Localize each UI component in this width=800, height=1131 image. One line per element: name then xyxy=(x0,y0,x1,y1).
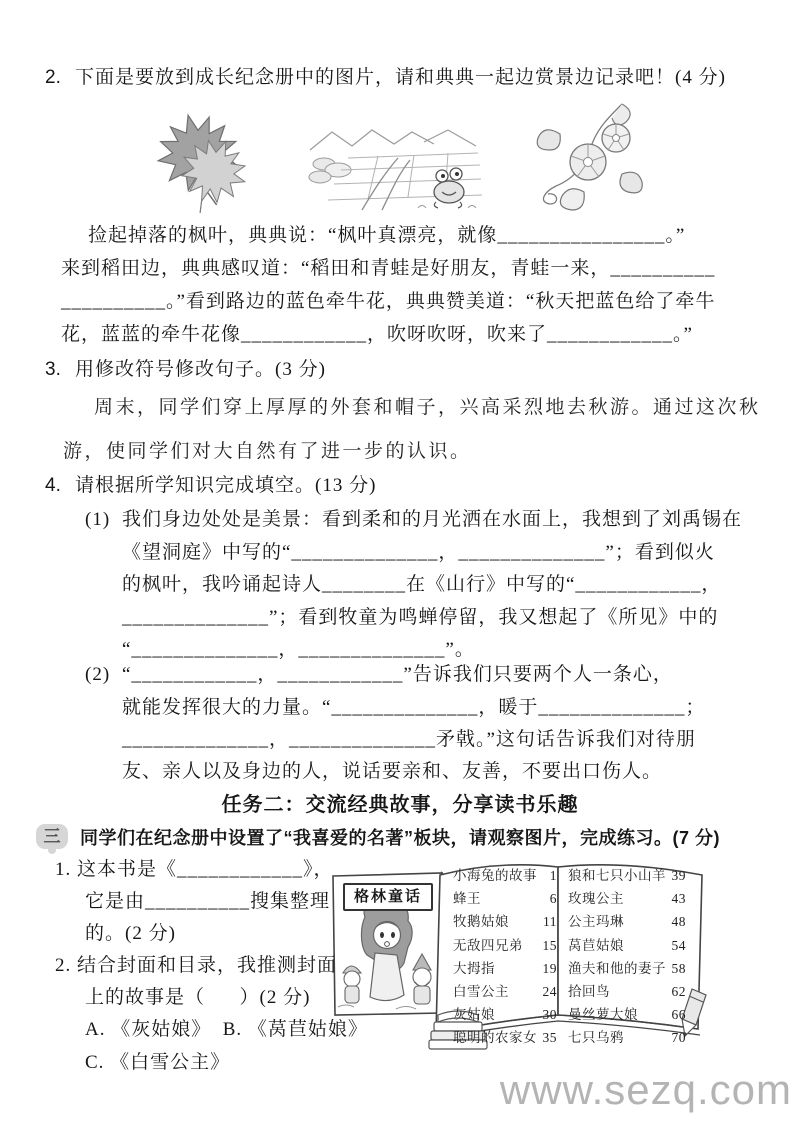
toc-page: 24 xyxy=(543,985,558,999)
q4-sub1-line: 《望洞庭》中写的“______________，______________”；… xyxy=(122,543,715,562)
toc-title: 拾回鸟 xyxy=(568,985,610,999)
q2-paragraph-line: 捡起掉落的枫叶，典典说：“枫叶真漂亮，就像________________。” xyxy=(88,226,685,245)
toc-row: 大拇指19 xyxy=(453,962,557,976)
toc-row: 灰姑娘30 xyxy=(453,1008,557,1022)
q4-sub2-line: “____________，____________”告诉我们只要两个人一条心， xyxy=(122,665,673,684)
q3-number: 3. xyxy=(45,360,61,379)
q4-sub1-line: 我们身边处处是美景：看到柔和的月光洒在水面上，我想到了刘禹锡在 xyxy=(122,510,742,529)
toc-page: 6 xyxy=(550,892,557,906)
toc-row: 白雪公主24 xyxy=(453,985,557,999)
toc-page: 54 xyxy=(672,939,687,953)
q4-title: 请根据所学知识完成填空。(13 分) xyxy=(75,476,376,495)
toc-page: 11 xyxy=(543,915,557,929)
toc-page: 66 xyxy=(672,1008,687,1022)
toc-row: 狼和七只小山羊39 xyxy=(568,869,686,883)
toc-page: 15 xyxy=(543,939,558,953)
toc-row: 玫瑰公主43 xyxy=(568,892,686,906)
q4-sub1-line: ______________”；看到牧童为鸣蝉停留，我又想起了《所见》中的 xyxy=(122,608,718,627)
toc-title: 聪明的农家女 xyxy=(453,1031,537,1045)
toc-title: 狼和七只小山羊 xyxy=(568,869,666,883)
question-three-badge: 三 xyxy=(36,824,68,849)
task2-intro: 同学们在纪念册中设置了“我喜爱的名著”板块，请观察图片，完成练习。(7 分) xyxy=(80,824,720,850)
toc-row: 拾回鸟62 xyxy=(568,985,686,999)
toc-page: 1 xyxy=(550,869,557,883)
toc-page: 48 xyxy=(672,915,687,929)
toc-page: 58 xyxy=(672,962,687,976)
toc-row: 牧鹅姑娘11 xyxy=(453,915,557,929)
toc-row: 七只乌鸦70 xyxy=(568,1031,686,1045)
toc-row: 曼丝萝大娘66 xyxy=(568,1008,686,1022)
q4-number: 4. xyxy=(45,476,61,495)
q3-sentence-line: 周末，同学们穿上厚厚的外套和帽子，兴高采烈地去秋游。通过这次秋 xyxy=(94,398,761,417)
toc-title: 小海兔的故事 xyxy=(453,869,537,883)
toc-title: 牧鹅姑娘 xyxy=(453,915,509,929)
toc-title: 大拇指 xyxy=(453,962,495,976)
q3-sentence-line: 游，使同学们对大自然有了进一步的认识。 xyxy=(63,442,472,461)
toc-title: 蜂王 xyxy=(453,892,481,906)
toc-row: 渔夫和他的妻子58 xyxy=(568,962,686,976)
book-q2-options-ab: A. 《灰姑娘》 B. 《莴苣姑娘》 xyxy=(85,1020,368,1039)
toc-title: 白雪公主 xyxy=(453,985,509,999)
toc-title: 玫瑰公主 xyxy=(568,892,624,906)
toc-row: 公主玛琳48 xyxy=(568,915,686,929)
book-q1-line: 的。(2 分) xyxy=(85,924,176,943)
toc-title: 莴苣姑娘 xyxy=(568,939,624,953)
toc-title: 无敌四兄弟 xyxy=(453,939,523,953)
q2-paragraph-line: 花，蓝蓝的牵牛花像____________，吹呀吹呀，吹来了__________… xyxy=(61,325,693,344)
q3-title: 用修改符号修改句子。(3 分) xyxy=(75,360,326,379)
rice-field-illustration xyxy=(306,120,484,212)
toc-row: 蜂王6 xyxy=(453,892,557,906)
morning-glory-illustration xyxy=(526,100,648,215)
q4-sub1-line: 的枫叶，我吟诵起诗人________在《山行》中写的“____________， xyxy=(122,575,721,594)
q2-paragraph-line: __________。”看到路边的蓝色牵牛花，典典赞美道：“秋天把蓝色给了牵牛 xyxy=(61,292,715,311)
toc-page: 35 xyxy=(543,1031,558,1045)
toc-title: 曼丝萝大娘 xyxy=(568,1008,638,1022)
toc-title: 灰姑娘 xyxy=(453,1008,495,1022)
q4-sub2-line: ______________，______________矛戟。”这句话告诉我们… xyxy=(122,730,696,749)
toc-title: 公主玛琳 xyxy=(568,915,624,929)
exam-page: 2. 下面是要放到成长纪念册中的图片，请和典典一起边赏景边记录吧！(4 分) xyxy=(0,0,800,1131)
morning-glory-icon xyxy=(526,100,648,215)
q4-sub1-label: (1) xyxy=(85,510,110,529)
q4-sub1-line: “______________，______________”。 xyxy=(122,640,475,659)
book-q2-line: 2. 结合封面和目录，我推测封面 xyxy=(55,956,337,975)
q2-number: 2. xyxy=(45,68,61,87)
maple-leaves-illustration xyxy=(138,108,258,213)
toc-row: 无敌四兄弟15 xyxy=(453,939,557,953)
task2-heading: 任务二：交流经典故事，分享读书乐趣 xyxy=(0,788,800,817)
toc-row: 莴苣姑娘54 xyxy=(568,939,686,953)
q2-title: 下面是要放到成长纪念册中的图片，请和典典一起边赏景边记录吧！(4 分) xyxy=(75,68,726,87)
toc-title: 七只乌鸦 xyxy=(568,1031,624,1045)
toc-row: 聪明的农家女35 xyxy=(453,1031,557,1045)
toc-page: 62 xyxy=(672,985,687,999)
site-watermark: www.sezq.com xyxy=(500,1066,792,1114)
toc-row: 小海兔的故事1 xyxy=(453,869,557,883)
toc-page: 30 xyxy=(543,1008,558,1022)
q4-sub2-line: 就能发挥很大的力量。“______________，暖于____________… xyxy=(122,698,705,717)
toc-page: 19 xyxy=(543,962,558,976)
maple-leaf-icon xyxy=(138,108,258,213)
book-q2-line: 上的故事是（ ）(2 分) xyxy=(85,988,310,1007)
q2-paragraph-line: 来到稻田边，典典感叹道：“稻田和青蛙是好朋友，青蛙一来，__________ xyxy=(61,259,715,278)
book-q1-line: 它是由__________搜集整理 xyxy=(85,892,330,911)
toc-page: 70 xyxy=(672,1031,687,1045)
q4-sub2-label: (2) xyxy=(85,665,110,684)
toc-page: 43 xyxy=(672,892,687,906)
q4-sub2-line: 友、亲人以及身边的人，说话要亲和、友善，不要出口伤人。 xyxy=(122,762,662,781)
toc-page: 39 xyxy=(672,869,687,883)
book-cover-title: 格林童话 xyxy=(343,883,433,911)
toc-title: 渔夫和他的妻子 xyxy=(568,962,666,976)
book-q2-option-c: C. 《白雪公主》 xyxy=(85,1053,230,1072)
book-q1-line: 1. 这本书是《____________》， xyxy=(55,860,334,879)
rice-field-frog-icon xyxy=(306,120,484,212)
